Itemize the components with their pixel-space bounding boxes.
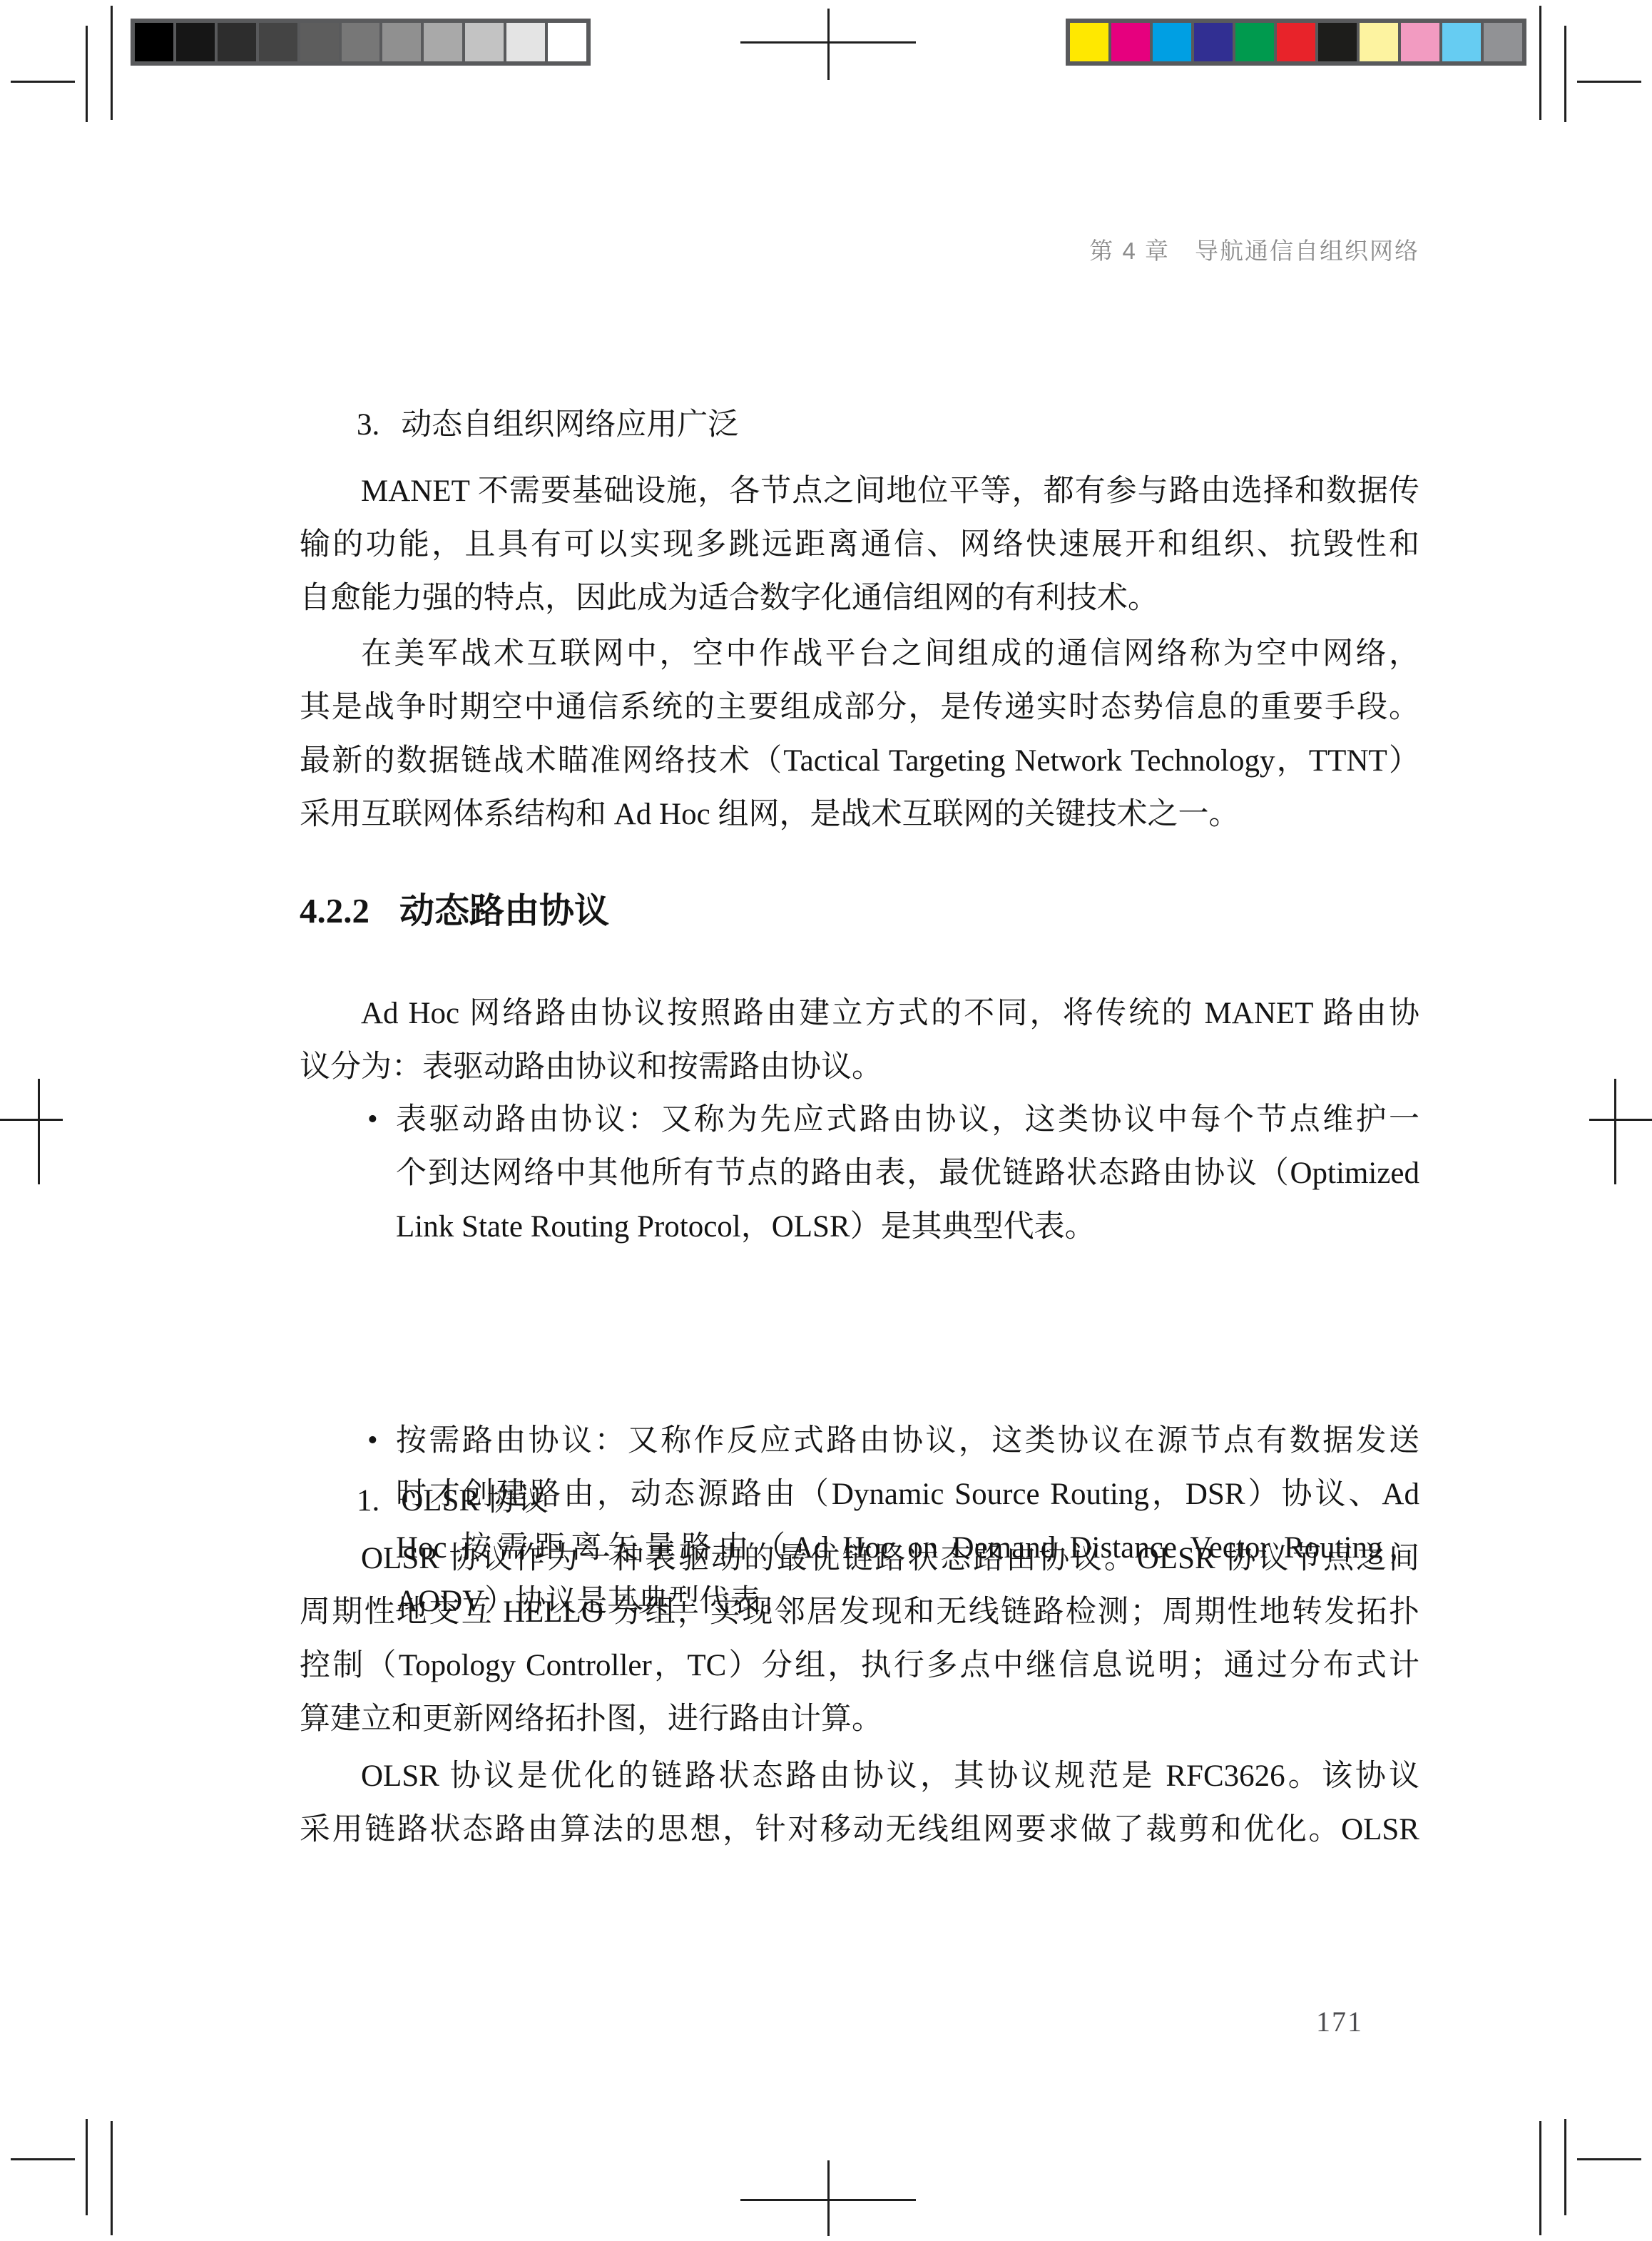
grayscale-swatch — [259, 23, 297, 61]
book-page: 第 4 章 导航通信自组织网络 3.动态自组织网络应用广泛 MANET 不需要基… — [0, 0, 1652, 2241]
text-line: 算建立和更新网络拓扑图，进行路由计算。 — [300, 1692, 1419, 1746]
section-heading-422: 4.2.2动态路由协议 — [300, 879, 1419, 943]
text-line: 采用链路状态路由算法的思想，针对移动无线组网要求做了裁剪和优化。OLSR — [300, 1803, 1419, 1856]
color-swatch — [1484, 23, 1522, 61]
text-line: 自愈能力强的特点，因此成为适合数字化通信组网的有利技术。 — [300, 571, 1419, 625]
color-swatch — [1111, 23, 1150, 61]
text-line: 个到达网络中其他所有节点的路由表，最优链路状态路由协议（Optimized — [300, 1147, 1419, 1200]
paragraph: OLSR 协议是优化的链路状态路由协议，其协议规范是 RFC3626。该协议 采… — [300, 1749, 1419, 1856]
paragraph: MANET 不需要基础设施，各节点之间地位平等，都有参与路由选择和数据传 输的功… — [300, 464, 1419, 625]
heading-text: 动态自组织网络应用广泛 — [401, 408, 738, 442]
heading-number: 1. — [357, 1484, 379, 1518]
grayscale-swatch — [300, 23, 339, 61]
crop-mark — [11, 2158, 75, 2160]
crop-mark — [1577, 81, 1641, 83]
crop-mark — [111, 6, 113, 120]
crop-mark — [1539, 2121, 1541, 2235]
subsection-heading-3: 3.动态自组织网络应用广泛 — [300, 398, 1477, 452]
chapter-running-head: 第 4 章 导航通信自组织网络 — [300, 235, 1419, 267]
color-swatch — [1070, 23, 1108, 61]
grayscale-swatch — [548, 23, 586, 61]
text-line: OLSR 协议是优化的链路状态路由协议，其协议规范是 RFC3626。该协议 — [300, 1749, 1419, 1803]
color-swatch — [1277, 23, 1315, 61]
crop-mark — [1564, 2119, 1566, 2215]
heading-number: 3. — [357, 408, 379, 442]
text-line: 采用互联网体系结构和 Ad Hoc 组网，是战术互联网的关键技术之一。 — [300, 788, 1419, 841]
crop-mark — [111, 2121, 113, 2235]
text-line: Ad Hoc 网络路由协议按照路由建立方式的不同，将传统的 MANET 路由协 — [300, 987, 1419, 1040]
heading-text: OLSR 协议 — [401, 1484, 549, 1518]
grayscale-swatch — [135, 23, 173, 61]
text-line: 输的功能，且具有可以实现多跳远距离通信、网络快速展开和组织、抗毁性和 — [300, 518, 1419, 571]
text-line: 在美军战术互联网中，空中作战平台之间组成的通信网络称为空中网络， — [300, 627, 1419, 681]
paragraph: OLSR 协议作为一种表驱动的最优链路状态路由协议。OLSR 协议节点之间 周期… — [300, 1532, 1419, 1746]
text-line: 其是战争时期空中通信系统的主要组成部分，是传递实时态势信息的重要手段。 — [300, 681, 1419, 734]
text-line: 控制（Topology Controller，TC）分组，执行多点中继信息说明；… — [300, 1639, 1419, 1692]
crop-mark — [1564, 26, 1566, 122]
text-line: OLSR 协议作为一种表驱动的最优链路状态路由协议。OLSR 协议节点之间 — [300, 1532, 1419, 1585]
color-swatch — [1235, 23, 1274, 61]
color-swatch — [1360, 23, 1398, 61]
color-calibration-bar — [1066, 19, 1526, 66]
crop-mark — [86, 2119, 88, 2215]
grayscale-swatch — [342, 23, 380, 61]
grayscale-swatch — [506, 23, 545, 61]
registration-mark — [1614, 1079, 1616, 1184]
registration-mark — [0, 1119, 63, 1121]
color-swatch — [1318, 23, 1357, 61]
bullet-icon: • — [367, 1093, 378, 1147]
crop-mark — [1577, 2158, 1641, 2160]
subsection-heading-1-olsr: 1.OLSR 协议 — [300, 1474, 1477, 1528]
registration-mark — [827, 9, 830, 80]
grayscale-swatch — [218, 23, 256, 61]
color-swatch — [1401, 23, 1439, 61]
crop-mark — [86, 26, 88, 122]
registration-mark — [827, 2160, 830, 2236]
text-line: 周期性地交互 HELLO 分组，实现邻居发现和无线链路检测；周期性地转发拓扑 — [300, 1585, 1419, 1639]
paragraph: 在美军战术互联网中，空中作战平台之间组成的通信网络称为空中网络， 其是战争时期空… — [300, 627, 1419, 841]
grayscale-swatch — [465, 23, 504, 61]
color-swatch — [1442, 23, 1481, 61]
grayscale-swatch — [424, 23, 462, 61]
text-line: Link State Routing Protocol，OLSR）是其典型代表。 — [300, 1200, 1419, 1254]
color-swatch — [1153, 23, 1191, 61]
registration-mark — [38, 1079, 40, 1184]
crop-mark — [11, 81, 75, 83]
text-line: 按需路由协议：又称作反应式路由协议，这类协议在源节点有数据发送 — [300, 1414, 1419, 1468]
heading-text: 动态路由协议 — [399, 891, 609, 930]
grayscale-calibration-bar — [131, 19, 591, 66]
bullet-icon: • — [367, 1414, 378, 1468]
grayscale-swatch — [176, 23, 215, 61]
text-line: 表驱动路由协议：又称为先应式路由协议，这类协议中每个节点维护一 — [300, 1093, 1419, 1147]
heading-number: 4.2.2 — [300, 891, 369, 930]
text-line: MANET 不需要基础设施，各节点之间地位平等，都有参与路由选择和数据传 — [300, 464, 1419, 518]
page-number: 171 — [1316, 2005, 1363, 2039]
color-swatch — [1194, 23, 1233, 61]
paragraph: Ad Hoc 网络路由协议按照路由建立方式的不同，将传统的 MANET 路由协 … — [300, 987, 1419, 1094]
text-line: 最新的数据链战术瞄准网络技术（Tactical Targeting Networ… — [300, 734, 1419, 788]
registration-mark — [1589, 1119, 1652, 1121]
text-line: 议分为：表驱动路由协议和按需路由协议。 — [300, 1040, 1419, 1094]
crop-mark — [1539, 6, 1541, 120]
grayscale-swatch — [382, 23, 421, 61]
bullet-item: • 表驱动路由协议：又称为先应式路由协议，这类协议中每个节点维护一 个到达网络中… — [300, 1093, 1419, 1254]
